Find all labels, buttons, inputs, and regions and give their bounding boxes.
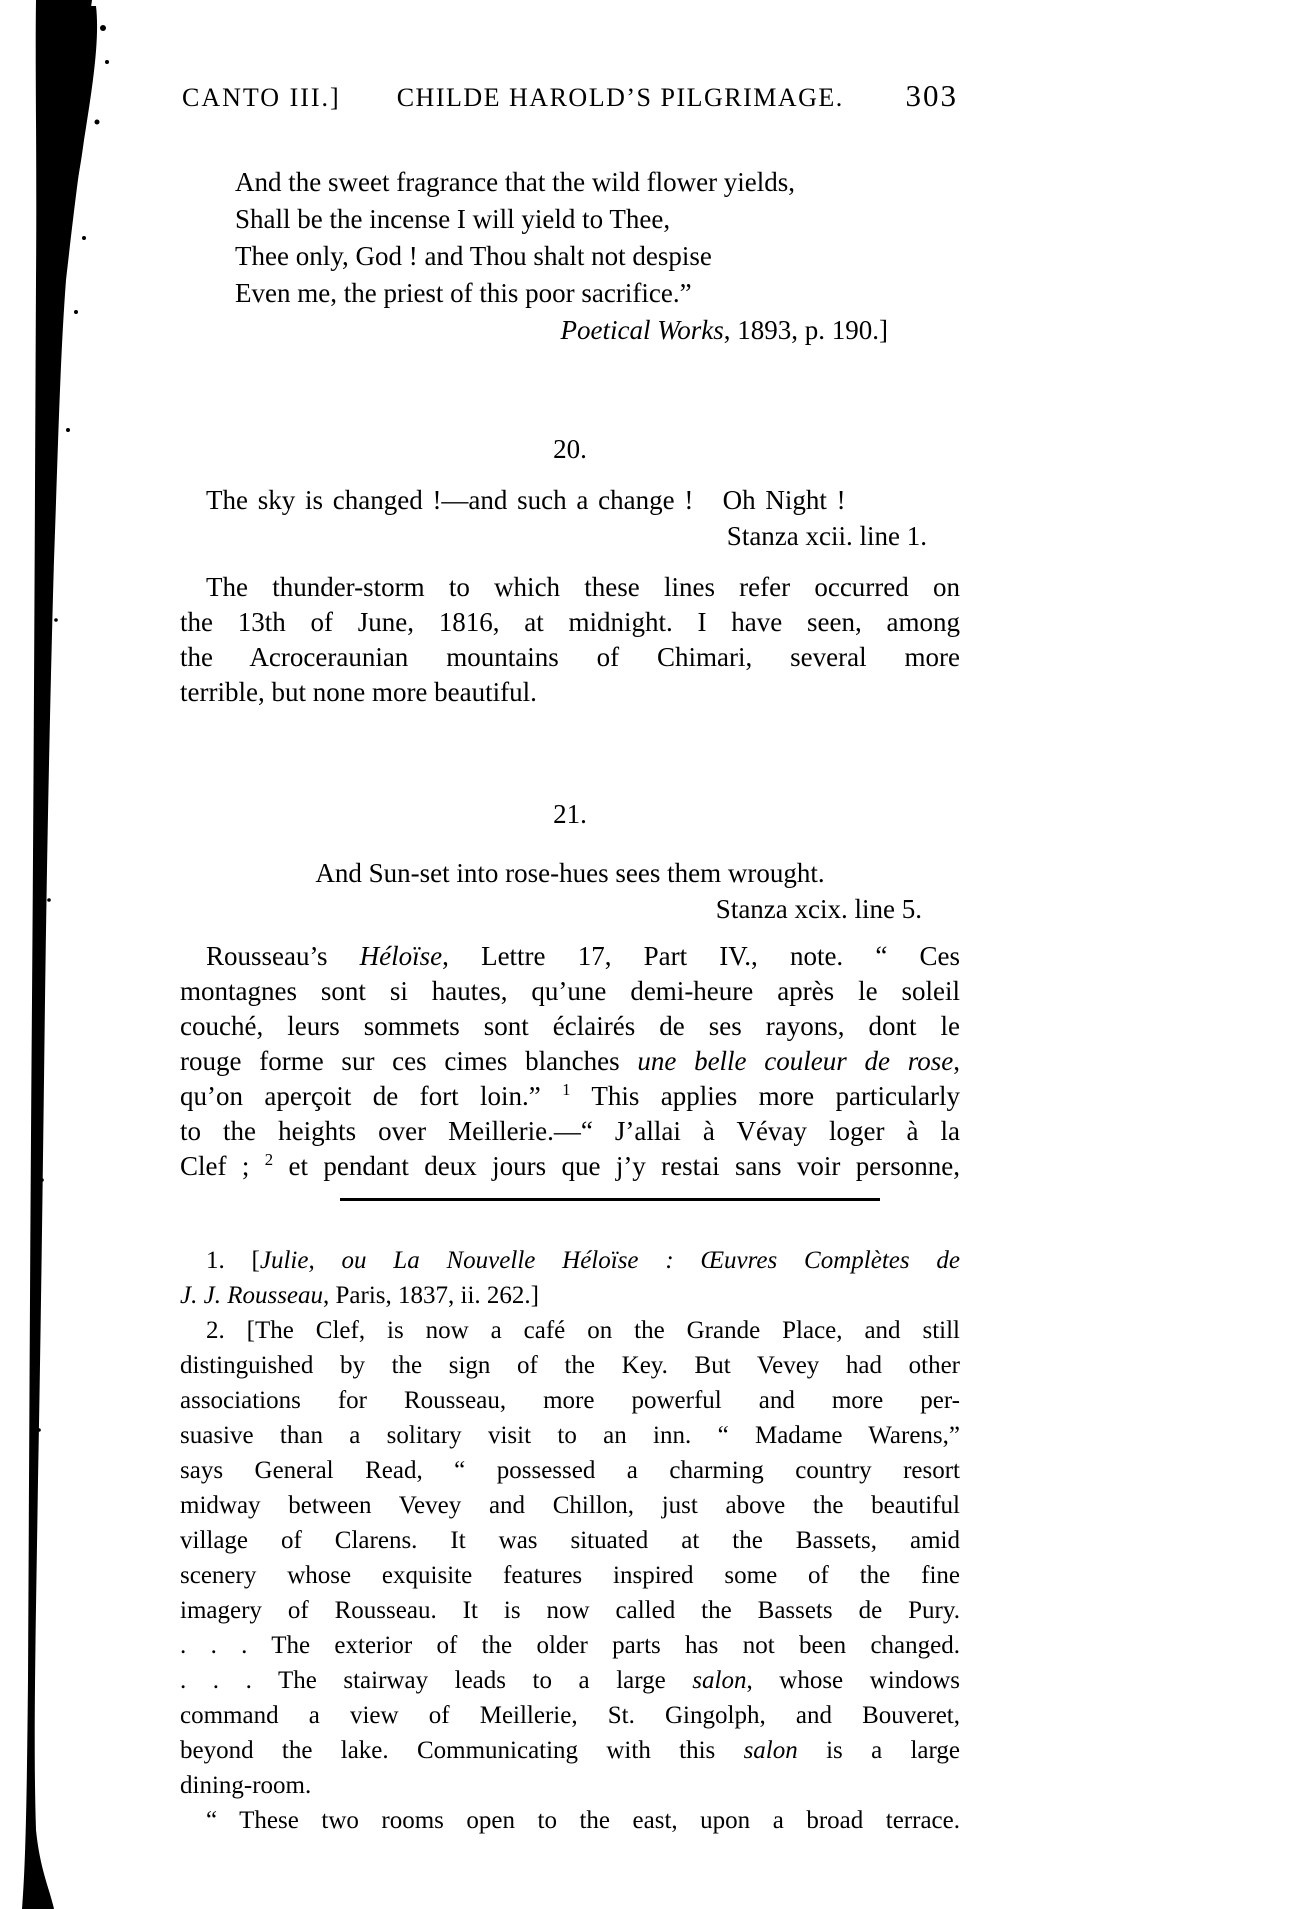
text-line: rouge forme sur ces cimes blanches une b… [180, 1044, 960, 1079]
section-20-number: 20. [180, 431, 960, 467]
section-21-note: Rousseau’s Héloïse, Lettre 17, Part IV.,… [180, 939, 960, 1184]
text-line: couché, leurs sommets sont éclairés de s… [180, 1009, 960, 1044]
footnote-2: 2. [The Clef, is now a café on the Grand… [180, 1313, 960, 1803]
footnote-1: 1. [Julie, ou La Nouvelle Héloïse : Œuvr… [180, 1243, 960, 1313]
section-21-number: 21. [180, 796, 960, 832]
text-line: distinguished by the sign of the Key. Bu… [180, 1348, 960, 1383]
text-line: “ These two rooms open to the east, upon… [180, 1803, 960, 1838]
footnote-separator [340, 1198, 880, 1201]
text-line: . . . The stairway leads to a large salo… [180, 1663, 960, 1698]
text-line: to the heights over Meillerie.—“ J’allai… [180, 1114, 960, 1149]
footnote-2-continued: “ These two rooms open to the east, upon… [180, 1803, 960, 1838]
text-line: village of Clarens. It was situated at t… [180, 1523, 960, 1558]
book-title: CHILDE HAROLD’S PILGRIMAGE. [397, 83, 844, 113]
text-line: Thee only, God ! and Thou shalt not desp… [235, 238, 960, 275]
text-line: qu’on aperçoit de fort loin.” 1 This app… [180, 1079, 960, 1114]
canto-label: CANTO III.] [182, 83, 341, 113]
footnotes-block: 1. [Julie, ou La Nouvelle Héloïse : Œuvr… [180, 1243, 960, 1838]
text-line: montagnes sont si hautes, qu’une demi-he… [180, 974, 960, 1009]
text-line: 1. [Julie, ou La Nouvelle Héloïse : Œuvr… [180, 1243, 960, 1278]
text-line: associations for Rousseau, more powerful… [180, 1383, 960, 1418]
text-line: Poetical Works, 1893, p. 190.] [180, 312, 888, 349]
text-line: the 13th of June, 1816, at midnight. I h… [180, 605, 960, 640]
text-line: midway between Vevey and Chillon, just a… [180, 1488, 960, 1523]
text-line: And the sweet fragrance that the wild fl… [235, 164, 960, 201]
text-line: Rousseau’s Héloïse, Lettre 17, Part IV.,… [180, 939, 960, 974]
section-20-stanza-ref: Stanza xcii. line 1. [180, 518, 960, 554]
text-line: beyond the lake. Communicating with this… [180, 1733, 960, 1768]
verse-attribution: Poetical Works, 1893, p. 190.] [180, 312, 960, 349]
page-content: CANTO III.] CHILDE HAROLD’S PILGRIMAGE. … [180, 0, 960, 1838]
text-line: J. J. Rousseau, Paris, 1837, ii. 262.] [180, 1278, 960, 1313]
text-line: the Acroceraunian mountains of Chimari, … [180, 640, 960, 675]
text-line: . . . The exterior of the older parts ha… [180, 1628, 960, 1663]
text-line: Even me, the priest of this poor sacrifi… [235, 275, 960, 312]
text-line: terrible, but none more beautiful. [180, 675, 960, 710]
text-line: 2. [The Clef, is now a café on the Grand… [180, 1313, 960, 1348]
text-line: suasive than a solitary visit to an inn.… [180, 1418, 960, 1453]
text-line: scenery whose exquisite features inspire… [180, 1558, 960, 1593]
text-line: imagery of Rousseau. It is now called th… [180, 1593, 960, 1628]
section-20-note: The thunder-storm to which these lines r… [180, 570, 960, 710]
book-page: { "header": { "canto": "CANTO III.]", "t… [0, 0, 1312, 1909]
text-line: The thunder-storm to which these lines r… [180, 570, 960, 605]
page-number: 303 [906, 78, 959, 114]
section-21-quote: And Sun-set into rose-hues sees them wro… [180, 855, 960, 891]
verse-quote-block: And the sweet fragrance that the wild fl… [180, 164, 960, 312]
page-header: CANTO III.] CHILDE HAROLD’S PILGRIMAGE. … [180, 78, 960, 114]
text-line: says General Read, “ possessed a charmin… [180, 1453, 960, 1488]
scan-gutter-artifact [0, 0, 130, 1909]
text-line: Shall be the incense I will yield to The… [235, 201, 960, 238]
section-20-quote: The sky is changed !—and such a change !… [180, 482, 960, 518]
text-line: dining-room. [180, 1768, 960, 1803]
text-line: command a view of Meillerie, St. Gingolp… [180, 1698, 960, 1733]
section-21-stanza-ref: Stanza xcix. line 5. [180, 891, 960, 927]
text-line: Clef ; 2 et pendant deux jours que j’y r… [180, 1149, 960, 1184]
